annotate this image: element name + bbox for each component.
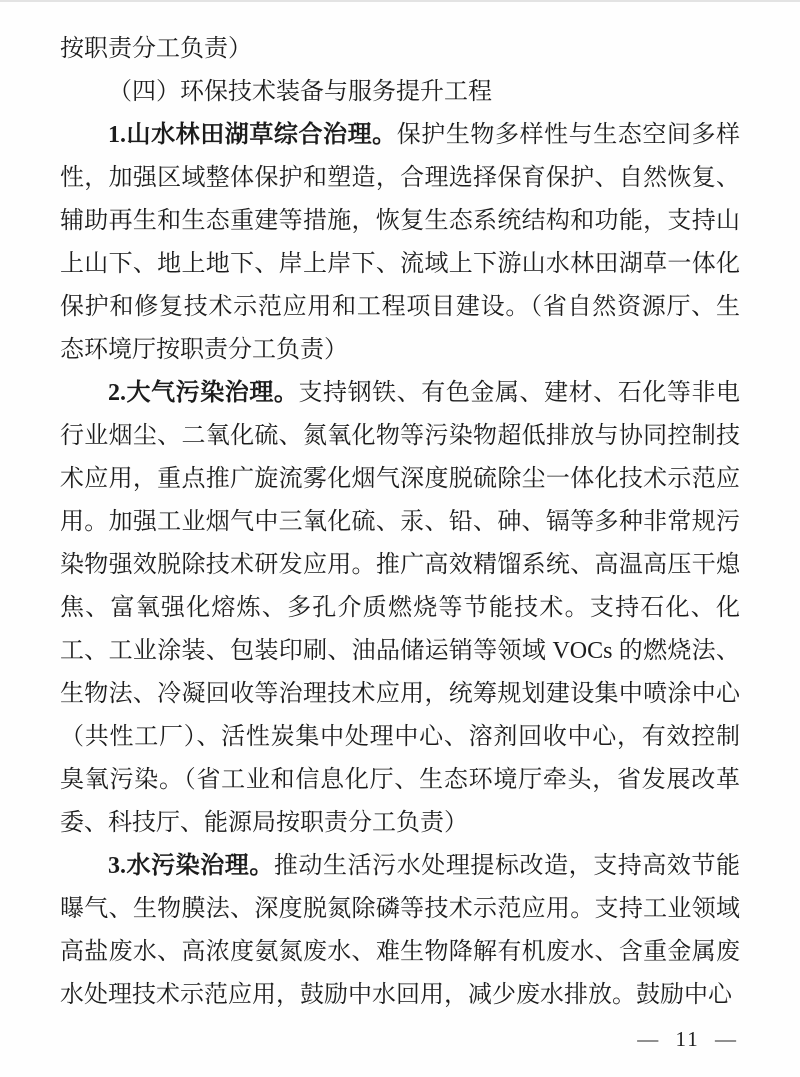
- paragraph-2-lead: 2.大气污染治理。: [108, 380, 298, 406]
- section-heading: （四）环保技术装备与服务提升工程: [60, 71, 740, 114]
- paragraph-2-body: 支持钢铁、有色金属、建材、石化等非电行业烟尘、二氧化硫、氮氧化物等污染物超低排放…: [60, 380, 740, 836]
- document-page: 按职责分工负责） （四）环保技术装备与服务提升工程 1.山水林田湖草综合治理。保…: [0, 0, 800, 1077]
- paragraph-continuation: 按职责分工负责）: [60, 28, 740, 71]
- paragraph-1-lead: 1.山水林田湖草综合治理。: [108, 122, 397, 148]
- page-number: — 11 —: [637, 1027, 738, 1051]
- paragraph-1: 1.山水林田湖草综合治理。保护生物多样性与生态空间多样性，加强区域整体保护和塑造…: [60, 114, 740, 372]
- paragraph-2: 2.大气污染治理。支持钢铁、有色金属、建材、石化等非电行业烟尘、二氧化硫、氮氧化…: [60, 372, 740, 845]
- paragraph-3: 3.水污染治理。推动生活污水处理提标改造，支持高效节能曝气、生物膜法、深度脱氮除…: [60, 845, 740, 1017]
- page-footer: — 11 —: [637, 1024, 738, 1054]
- paragraph-3-lead: 3.水污染治理。: [108, 853, 274, 879]
- paragraph-1-body: 保护生物多样性与生态空间多样性，加强区域整体保护和塑造，合理选择保育保护、自然恢…: [60, 122, 740, 363]
